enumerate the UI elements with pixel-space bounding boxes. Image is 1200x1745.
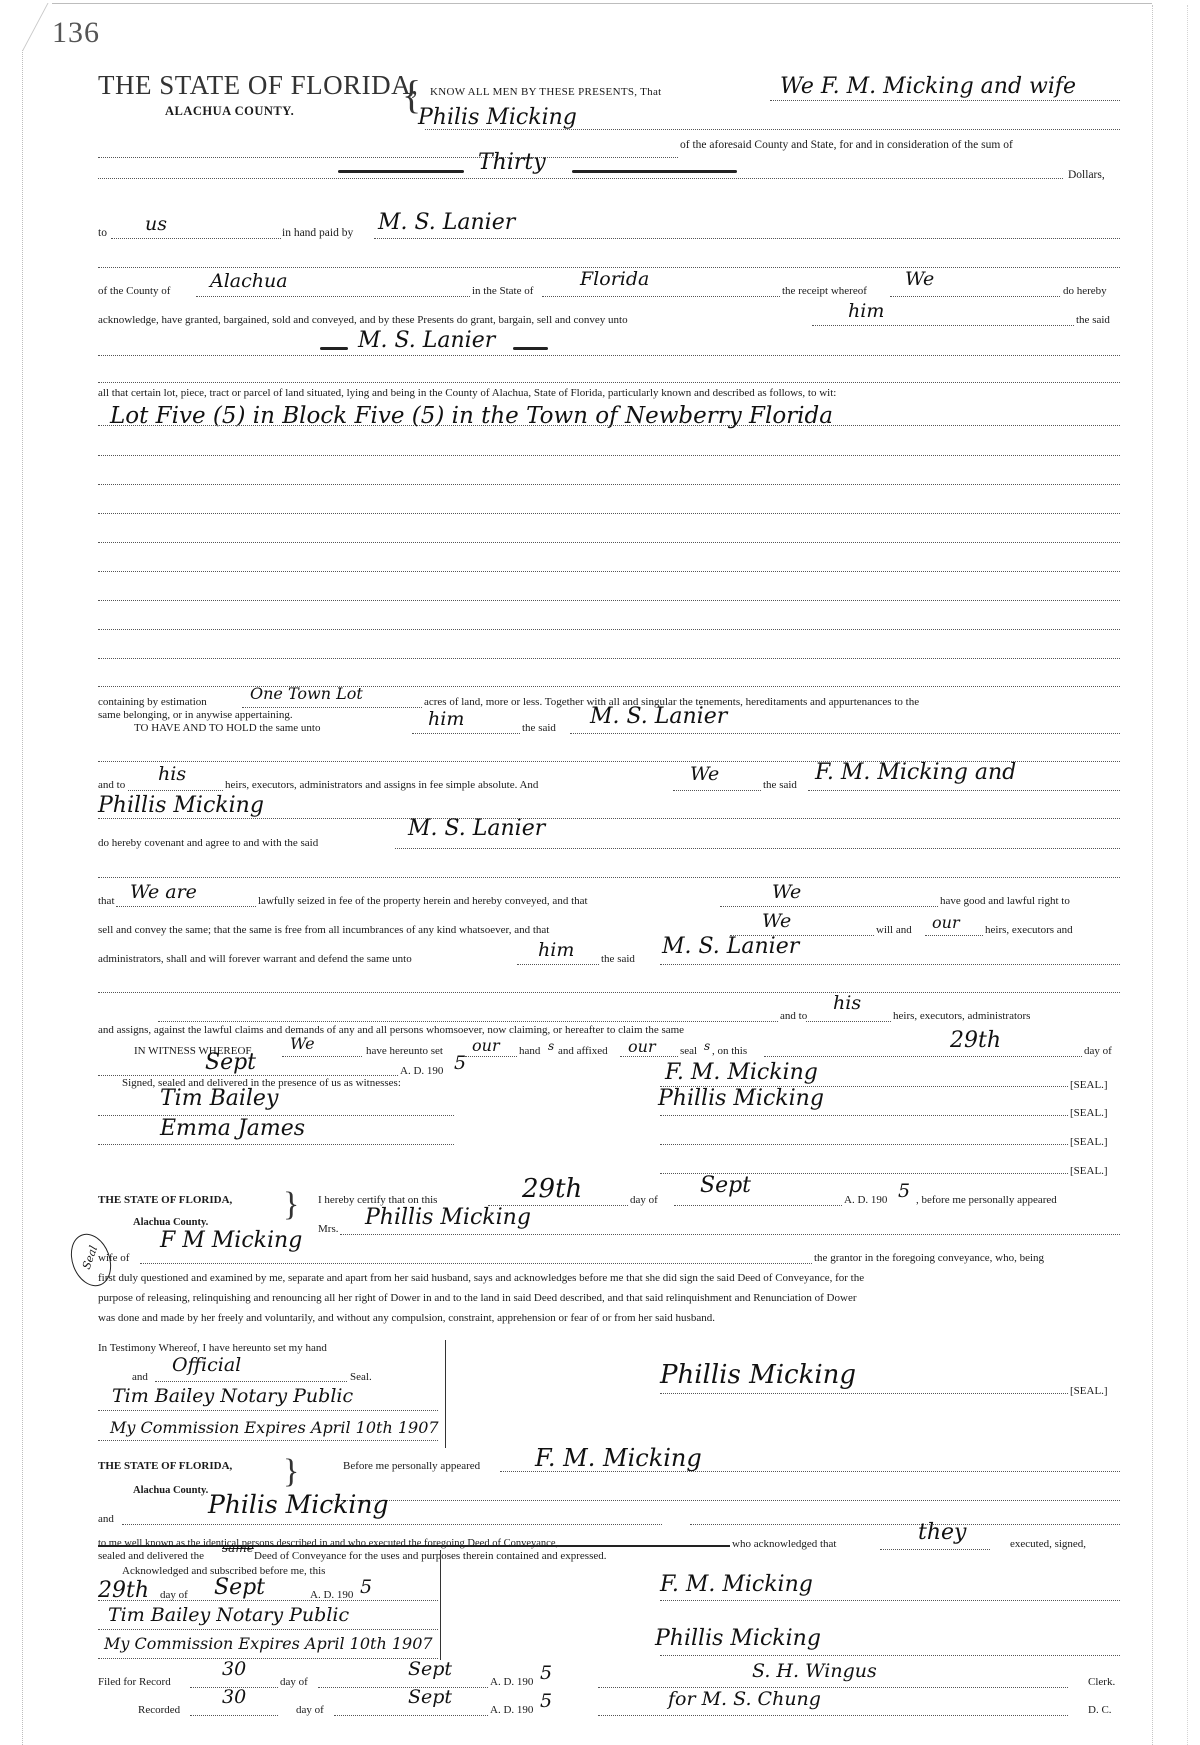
admin-text: administrators, shall and will forever w… bbox=[98, 954, 412, 965]
hand-label: hand bbox=[519, 1046, 540, 1057]
dower-signature: Phillis Micking bbox=[660, 1362, 856, 1388]
blank-line bbox=[98, 157, 678, 158]
do-hereby-label: do hereby bbox=[1063, 286, 1107, 297]
before-me-appeared: , before me personally appeared bbox=[916, 1195, 1057, 1206]
ack-year-digit: 5 bbox=[360, 1578, 372, 1597]
ack-signature-line-1 bbox=[660, 1600, 1120, 1601]
in-witness-line bbox=[282, 1056, 362, 1057]
filed-month-handwritten: Sept bbox=[408, 1660, 452, 1679]
description-line-3 bbox=[98, 484, 1120, 485]
recorded-month-line bbox=[334, 1715, 488, 1716]
mrs-handwritten: Phillis Micking bbox=[365, 1207, 531, 1229]
blank-line bbox=[98, 992, 1120, 993]
containing-handwritten: One Town Lot bbox=[250, 686, 363, 702]
on-this-label: , on this bbox=[712, 1046, 747, 1057]
recorded-day-of-label: day of bbox=[296, 1705, 324, 1716]
strikethrough-line bbox=[98, 1545, 730, 1547]
heirs-exec-text: heirs, executors and bbox=[985, 925, 1073, 936]
dollars-label: Dollars, bbox=[1068, 170, 1105, 182]
recorded-year-digit: 5 bbox=[540, 1692, 552, 1711]
set-line bbox=[465, 1056, 517, 1057]
and-to-label-2: and to bbox=[780, 1011, 807, 1022]
dower-county: Alachua County. bbox=[133, 1218, 208, 1229]
seal-mark-2: [SEAL.] bbox=[1070, 1108, 1108, 1119]
recorded-ad-label: A. D. 190 bbox=[490, 1705, 533, 1716]
wife-of-handwritten: F M Micking bbox=[160, 1230, 302, 1252]
header-state-title: THE STATE OF FLORIDA, bbox=[98, 70, 418, 101]
admin-said-line bbox=[660, 964, 1120, 965]
have-hereunto-label: have hereunto set bbox=[366, 1046, 443, 1057]
receipt-whereof-label: the receipt whereof bbox=[782, 286, 867, 297]
and-line bbox=[673, 790, 761, 791]
to-label: to bbox=[98, 228, 107, 240]
to-have-said-handwritten: M. S. Lanier bbox=[590, 706, 727, 728]
dower-day-handwritten: 29th bbox=[522, 1176, 582, 1202]
filed-month-line bbox=[318, 1687, 488, 1688]
wife-of-line bbox=[140, 1263, 812, 1264]
description-line-2 bbox=[98, 455, 1120, 456]
to-have-and-hold-text: TO HAVE AND TO HOLD the same unto bbox=[134, 723, 320, 734]
county-line bbox=[196, 296, 470, 297]
header-county: ALACHUA COUNTY. bbox=[165, 104, 294, 119]
description-intro: all that certain lot, piece, tract or pa… bbox=[98, 388, 836, 399]
state-label: in the State of bbox=[472, 286, 533, 297]
ack-appeared-line-2 bbox=[330, 1500, 1120, 1501]
ack-appeared-handwritten: F. M. Micking bbox=[535, 1446, 702, 1470]
ack-notary-bracket bbox=[440, 1550, 441, 1660]
said-line-2 bbox=[98, 818, 1120, 819]
description-line-7 bbox=[98, 600, 1120, 601]
right-text: have good and lawful right to bbox=[940, 896, 1070, 907]
dower-paragraph-3: was done and made by her freely and volu… bbox=[98, 1313, 715, 1324]
grantors-handwritten-1: We F. M. Micking and wife bbox=[780, 76, 1076, 98]
seal-mark-1: [SEAL.] bbox=[1070, 1080, 1108, 1091]
county-label: of the County of bbox=[98, 286, 170, 297]
the-said-label: the said bbox=[1076, 315, 1110, 326]
ack-and-label: and bbox=[98, 1514, 114, 1525]
grantor-text: the grantor in the foregoing conveyance,… bbox=[814, 1253, 1044, 1264]
and-to-handwritten-2: his bbox=[833, 994, 861, 1013]
filed-for-record-label: Filed for Record bbox=[98, 1677, 171, 1688]
will-handwritten: our bbox=[932, 915, 960, 931]
will-and-label: will and bbox=[876, 925, 912, 936]
covenant-text: do hereby covenant and agree to and with… bbox=[98, 838, 318, 849]
signature-line-2 bbox=[660, 1115, 1068, 1116]
acknowledge-text: acknowledge, have granted, bargained, so… bbox=[98, 315, 628, 326]
filed-year-digit: 5 bbox=[540, 1664, 552, 1683]
dower-month-handwritten: Sept bbox=[700, 1175, 751, 1197]
dc-line bbox=[598, 1715, 1068, 1716]
to-line bbox=[111, 238, 281, 239]
sealed-same-handwritten: same bbox=[222, 1542, 254, 1554]
seals-suffix-handwritten: s bbox=[704, 1040, 710, 1052]
ack-signature-1: F. M. Micking bbox=[660, 1574, 813, 1596]
day-of-label: day of bbox=[1084, 1046, 1112, 1057]
they-line bbox=[880, 1549, 990, 1550]
dower-day-of-label: day of bbox=[630, 1195, 658, 1206]
description-line-8 bbox=[98, 629, 1120, 630]
amount-flourish-left bbox=[338, 170, 464, 173]
seal-label-dower: Seal. bbox=[350, 1372, 372, 1383]
witness-signature-1: Tim Bailey bbox=[160, 1088, 278, 1110]
commission-handwritten: My Commission Expires April 10th 1907 bbox=[110, 1420, 439, 1436]
same-belonging-text: same belonging, or in anywise appertaini… bbox=[98, 710, 293, 721]
description-line-9 bbox=[98, 658, 1120, 659]
paid-by-label: in hand paid by bbox=[282, 228, 353, 240]
page-number: 136 bbox=[52, 16, 100, 50]
blank-line bbox=[98, 382, 1120, 383]
ack-month-handwritten: Sept bbox=[214, 1577, 265, 1599]
page-edge-right bbox=[1152, 5, 1153, 1745]
filed-day-handwritten: 30 bbox=[222, 1660, 246, 1679]
that-handwritten: We are bbox=[130, 883, 197, 902]
mrs-line bbox=[340, 1234, 1120, 1235]
filed-ad-label: A. D. 190 bbox=[490, 1677, 533, 1688]
paid-by-handwritten: M. S. Lanier bbox=[378, 212, 515, 234]
heirs-admin-text: heirs, executors, administrators bbox=[893, 1011, 1030, 1022]
commission-line bbox=[98, 1440, 438, 1441]
ack-state: THE STATE OF FLORIDA, bbox=[98, 1461, 232, 1472]
amount-line bbox=[98, 178, 1063, 179]
to-have-handwritten: him bbox=[428, 710, 464, 729]
grantee-handwritten: M. S. Lanier bbox=[358, 330, 495, 352]
witness-line-2 bbox=[98, 1144, 454, 1145]
dower-month-line bbox=[674, 1205, 842, 1206]
said-grantors-handwritten-2: Phillis Micking bbox=[98, 795, 264, 817]
page-edge-top bbox=[52, 3, 1152, 4]
grantee-flourish-left bbox=[320, 347, 348, 350]
grantee-flourish-right bbox=[513, 347, 548, 350]
notary-bracket bbox=[445, 1340, 446, 1448]
affixed-handwritten: our bbox=[628, 1039, 656, 1055]
month-line bbox=[98, 1075, 398, 1076]
admin-said-handwritten: M. S. Lanier bbox=[662, 936, 799, 958]
containing-line bbox=[242, 707, 422, 708]
paid-by-line bbox=[374, 238, 1120, 239]
notary-line bbox=[98, 1410, 438, 1411]
testimony-text: In Testimony Whereof, I have hereunto se… bbox=[98, 1343, 327, 1354]
page-edge-right-outer bbox=[1187, 5, 1188, 1745]
ack-and-line bbox=[122, 1524, 662, 1525]
consideration-text: of the aforesaid County and State, for a… bbox=[680, 140, 1013, 152]
month-handwritten: Sept bbox=[205, 1052, 256, 1074]
dower-year-digit: 5 bbox=[898, 1182, 910, 1201]
seal-label: seal bbox=[680, 1046, 697, 1057]
containing-label: containing by estimation bbox=[98, 697, 207, 708]
dower-state: THE STATE OF FLORIDA, bbox=[98, 1195, 232, 1206]
grantor-signature-2: Phillis Micking bbox=[658, 1088, 824, 1110]
description-line-4 bbox=[98, 513, 1120, 514]
ack-commission-line bbox=[98, 1658, 438, 1659]
know-all-men-text: KNOW ALL MEN BY THESE PRESENTS, That bbox=[430, 87, 662, 98]
dower-paragraph-1: first duly questioned and examined by me… bbox=[98, 1273, 864, 1284]
ack-before-me: Before me personally appeared bbox=[343, 1461, 480, 1472]
and-to-line bbox=[128, 790, 223, 791]
to-have-said-label: the said bbox=[522, 723, 556, 734]
and-to-handwritten: his bbox=[158, 765, 186, 784]
sell-convey-text: sell and convey the same; that the same … bbox=[98, 925, 549, 936]
year-digit-handwritten: 5 bbox=[454, 1054, 466, 1073]
ack-notary-line bbox=[98, 1629, 438, 1630]
receipt-line bbox=[890, 296, 1060, 297]
and-to-label: and to bbox=[98, 780, 125, 791]
admin-handwritten: him bbox=[538, 941, 574, 960]
official-handwritten: Official bbox=[172, 1356, 241, 1375]
ack-ad-label: A. D. 190 bbox=[310, 1590, 353, 1601]
admin-line bbox=[517, 964, 599, 965]
state-line bbox=[542, 296, 780, 297]
ack-date-line bbox=[98, 1600, 438, 1601]
grantee-line bbox=[98, 355, 1120, 356]
signature-line-3 bbox=[660, 1144, 1068, 1145]
said-line bbox=[808, 790, 1120, 791]
notary-handwritten: Tim Bailey Notary Public bbox=[112, 1387, 353, 1406]
unto-line bbox=[812, 325, 1074, 326]
ack-signature-2: Phillis Micking bbox=[655, 1628, 821, 1650]
assigns-text: and assigns, against the lawful claims a… bbox=[98, 1025, 684, 1036]
dower-ad-label: A. D. 190 bbox=[844, 1195, 887, 1206]
will-line bbox=[925, 935, 983, 936]
to-have-said-line bbox=[570, 733, 1120, 734]
seized-handwritten: We bbox=[772, 883, 801, 902]
dower-seal-mark: [SEAL.] bbox=[1070, 1386, 1108, 1397]
hands-suffix-handwritten: s bbox=[548, 1040, 554, 1052]
to-have-line bbox=[412, 733, 520, 734]
day-handwritten: 29th bbox=[950, 1030, 1001, 1052]
that-label: that bbox=[98, 896, 115, 907]
in-witness-handwritten: We bbox=[290, 1036, 315, 1052]
grantor-signature-1: F. M. Micking bbox=[665, 1062, 818, 1084]
heirs-fee-simple-text: heirs, executors, administrators and ass… bbox=[225, 780, 538, 791]
covenant-line bbox=[395, 848, 1120, 849]
filed-day-of-label: day of bbox=[280, 1677, 308, 1688]
set-handwritten: our bbox=[472, 1038, 500, 1054]
ack-brace: } bbox=[283, 1455, 299, 1489]
grantor-line-1 bbox=[770, 100, 1120, 101]
and-to-line-2 bbox=[806, 1021, 891, 1022]
who-acknowledged-label: who acknowledged that bbox=[732, 1539, 836, 1550]
seal-mark-3: [SEAL.] bbox=[1070, 1137, 1108, 1148]
dc-label: D. C. bbox=[1088, 1705, 1112, 1716]
sell-handwritten: We bbox=[762, 912, 791, 931]
sealed-delivered-text: sealed and delivered the bbox=[98, 1551, 204, 1562]
description-line-6 bbox=[98, 571, 1120, 572]
county-handwritten: Alachua bbox=[210, 272, 288, 291]
official-line bbox=[155, 1381, 347, 1382]
they-handwritten: they bbox=[918, 1522, 966, 1544]
seal-mark-4: [SEAL.] bbox=[1070, 1166, 1108, 1177]
dower-brace: } bbox=[283, 1188, 299, 1222]
deed-conveyance-text: Deed of Conveyance for the uses and purp… bbox=[254, 1551, 607, 1562]
ack-signature-line-2 bbox=[660, 1655, 1120, 1656]
seized-text: lawfully seized in fee of the property h… bbox=[258, 896, 588, 907]
said-grantors-handwritten: F. M. Micking and bbox=[815, 762, 1016, 784]
to-value-handwritten: us bbox=[145, 215, 167, 234]
dc-handwritten: for M. S. Chung bbox=[668, 1690, 821, 1709]
recorded-day-handwritten: 30 bbox=[222, 1688, 246, 1707]
ack-county: Alachua County. bbox=[133, 1486, 208, 1497]
receipt-handwritten: We bbox=[905, 270, 934, 289]
and-we-handwritten: We bbox=[690, 765, 719, 784]
mrs-label: Mrs. bbox=[318, 1224, 338, 1235]
ack-day-of-label: day of bbox=[160, 1590, 188, 1601]
clerk-label: Clerk. bbox=[1088, 1677, 1115, 1688]
official-and-label: and bbox=[132, 1372, 148, 1383]
witness-signature-2: Emma James bbox=[160, 1118, 305, 1140]
description-line-1 bbox=[98, 425, 1120, 426]
ack-and-handwritten: Philis Micking bbox=[208, 1492, 389, 1517]
ack-commission-handwritten: My Commission Expires April 10th 1907 bbox=[104, 1636, 433, 1652]
ack-and-line-2 bbox=[690, 1524, 1120, 1525]
amount-handwritten: Thirty bbox=[478, 152, 546, 174]
page-edge-left bbox=[22, 50, 23, 1745]
and-affixed-label: and affixed bbox=[558, 1046, 608, 1057]
clerk-handwritten: S. H. Wingus bbox=[752, 1662, 877, 1681]
description-line-5 bbox=[98, 542, 1120, 543]
affixed-line bbox=[620, 1056, 678, 1057]
deed-document-page: 136 THE STATE OF FLORIDA, ALACHUA COUNTY… bbox=[0, 0, 1200, 1745]
the-said-label-2: the said bbox=[763, 780, 797, 791]
grantors-handwritten-2: Philis Micking bbox=[418, 107, 577, 129]
covenant-handwritten: M. S. Lanier bbox=[408, 818, 545, 840]
ad-label: A. D. 190 bbox=[400, 1066, 443, 1077]
day-line bbox=[764, 1056, 1082, 1057]
recorded-month-handwritten: Sept bbox=[408, 1688, 452, 1707]
recorded-label: Recorded bbox=[138, 1705, 180, 1716]
blank-line bbox=[98, 877, 1120, 878]
recorded-day-line bbox=[190, 1715, 278, 1716]
ack-day-handwritten: 29th bbox=[98, 1580, 149, 1602]
unto-handwritten: him bbox=[848, 302, 884, 321]
dower-paragraph-2: purpose of releasing, relinquishing and … bbox=[98, 1293, 857, 1304]
ack-notary-handwritten: Tim Bailey Notary Public bbox=[108, 1606, 349, 1625]
amount-flourish-right bbox=[572, 170, 737, 173]
blank-line bbox=[158, 1021, 778, 1022]
admin-the-said: the said bbox=[601, 954, 635, 965]
state-handwritten: Florida bbox=[580, 270, 649, 289]
dower-signature-line bbox=[660, 1393, 1068, 1394]
seized-line bbox=[720, 906, 938, 907]
that-line bbox=[116, 906, 256, 907]
executed-signed-label: executed, signed, bbox=[1010, 1539, 1086, 1550]
